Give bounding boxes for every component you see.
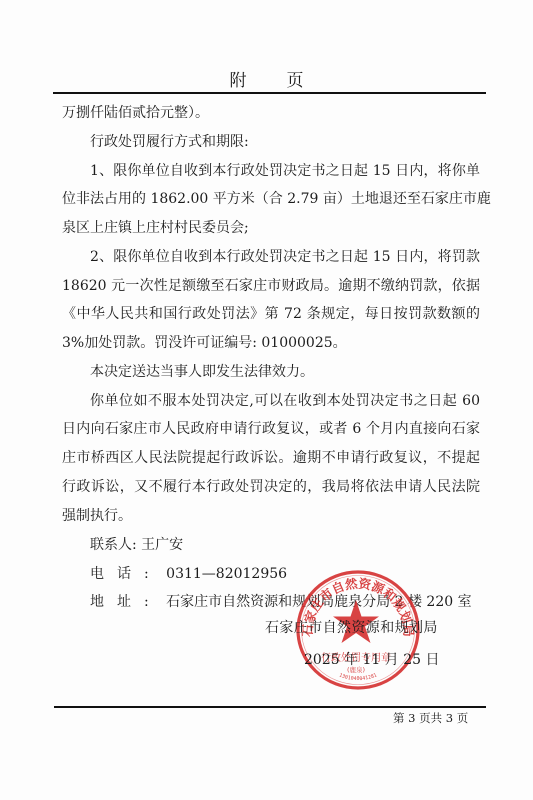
body-line: 3%加处罚款。罚没许可证编号: 01000025。 <box>62 334 480 352</box>
contact-address-label: 地址: <box>90 593 162 611</box>
body-line: 你单位如不服本处罚决定,可以在收到本处罚决定书之日起 60 <box>90 392 480 410</box>
body-line: 行政诉讼，又不履行本行政处罚决定的，我局将依法申请人民法院 <box>62 478 480 496</box>
body-line: 庄市桥西区人民法院提起行政诉讼。逾期不申请行政复议，不提起 <box>62 449 480 467</box>
issue-date: 2025 年 11 月 25 日 <box>304 651 440 669</box>
contact-phone-value: 0311—82012956 <box>166 566 287 582</box>
issuer-signature: 石家庄市自然资源和规划局 <box>265 619 438 637</box>
title-char-2: 页 <box>287 66 304 91</box>
body-line: 行政处罚履行方式和期限: <box>90 133 480 151</box>
contact-phone-label: 电话: <box>90 565 162 583</box>
header-rule <box>53 92 486 94</box>
body-line: 泉区上庄镇上庄村村民委员会; <box>62 219 480 237</box>
footer-rule <box>54 706 486 708</box>
page-indicator: 第 3 页共 3 页 <box>393 711 468 725</box>
contact-person: 联系人: 王广安 <box>90 536 183 554</box>
body-line: 本决定送达当事人即发生法律效力。 <box>90 363 480 381</box>
contact-person-label: 联系人: <box>90 536 137 554</box>
body-line: 《中华人民共和国行政处罚法》第 72 条规定，每日按罚款数额的 <box>62 305 480 323</box>
body-line: 1、限你单位自收到本行政处罚决定书之日起 15 日内，将你单 <box>90 162 480 180</box>
contact-person-value: 王广安 <box>141 537 183 553</box>
document-page: 附页 万捌仟陆佰贰拾元整）。行政处罚履行方式和期限:1、限你单位自收到本行政处罚… <box>0 0 533 800</box>
body-line: 18620 元一次性足额缴至石家庄市财政局。逾期不缴纳罚款，依据 <box>62 277 480 295</box>
page-title: 附页 <box>0 66 533 91</box>
body-line: 日内向石家庄市人民政府申请行政复议，或者 6 个月内直接向石家 <box>62 420 480 438</box>
body-line: 强制执行。 <box>62 507 480 525</box>
contact-phone: 电话: 0311—82012956 <box>90 565 287 583</box>
body-line: 2、限你单位自收到本行政处罚决定书之日起 15 日内，将罚款 <box>90 248 480 266</box>
body-line: 万捌仟陆佰贰拾元整）。 <box>62 104 480 122</box>
body-line: 位非法占用的 1862.00 平方米（合 2.79 亩）土地退还至石家庄市鹿 <box>62 190 480 208</box>
title-char-1: 附 <box>230 66 247 91</box>
